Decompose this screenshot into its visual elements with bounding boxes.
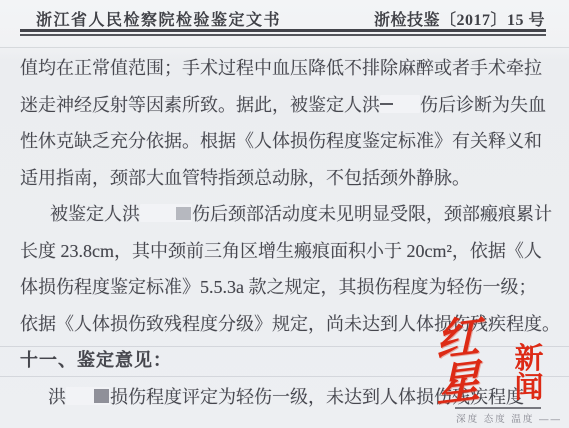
- body-line-text: 被鉴定人洪: [50, 204, 140, 224]
- redacted-name-block: [380, 95, 420, 113]
- body-line: 适用指南，颈部大血管特指颈总动脉，不包括颈外静脉。: [20, 160, 552, 197]
- redaction-dash-mark: [380, 103, 393, 105]
- document-number: 浙检技鉴〔2017〕15 号: [374, 7, 545, 30]
- body-line: 迷走神经反射等因素所致。据此，被鉴定人洪伤后诊断为失血: [20, 87, 552, 124]
- body-line: 洪损伤程度评定为轻伤一级，未达到人体损伤残疾程度: [20, 379, 552, 416]
- header-divider-rule: [20, 29, 546, 36]
- scanned-appraisal-document: { "page": { "bg_color": "#eceef1", "text…: [0, 0, 569, 428]
- body-line-text: 迷走神经反射等因素所致。据此，被鉴定人洪: [20, 95, 380, 115]
- body-line-text: 伤后颈部活动度未见明显受限，颈部瘢痕累计: [192, 204, 552, 224]
- scan-artifact-line: [0, 47, 569, 48]
- document-header-title: 浙江省人民检察院检验鉴定文书: [36, 7, 281, 30]
- document-underline: [455, 407, 541, 409]
- redaction-square-mark: [176, 207, 191, 220]
- body-line: 性休克缺乏充分依据。根据《人体损伤程度鉴定标准》有关释义和: [20, 123, 552, 160]
- redacted-name-block: [140, 204, 192, 222]
- body-line-text: 洪: [48, 387, 66, 407]
- section-heading: 十一、鉴定意见：: [20, 342, 552, 379]
- body-line-text: 损伤程度评定为轻伤一级，未达到人体损伤残疾程度: [110, 387, 524, 407]
- watermark-slogan: 深度 态度 温度 ——: [456, 411, 562, 425]
- body-line-text: 伤后诊断为失血: [420, 95, 546, 115]
- body-line: 被鉴定人洪伤后颈部活动度未见明显受限，颈部瘢痕累计: [20, 196, 552, 233]
- document-body: 值均在正常值范围；手术过程中血压降低不排除麻醉或者手术牵拉 迷走神经反射等因素所…: [20, 50, 552, 415]
- body-line: 体损伤程度鉴定标准》5.5.3a 款之规定，其损伤程度为轻伤一级；: [20, 269, 552, 306]
- redaction-square-mark: [94, 389, 109, 403]
- body-line: 值均在正常值范围；手术过程中血压降低不排除麻醉或者手术牵拉: [20, 50, 552, 87]
- body-line: 依据《人体损伤致残程度分级》规定，尚未达到人体损伤残疾程度。: [20, 306, 552, 343]
- redacted-name-block: [66, 387, 110, 405]
- body-line: 长度 23.8cm，其中颈前三角区增生瘢痕面积小于 20cm²，依据《人: [20, 233, 552, 270]
